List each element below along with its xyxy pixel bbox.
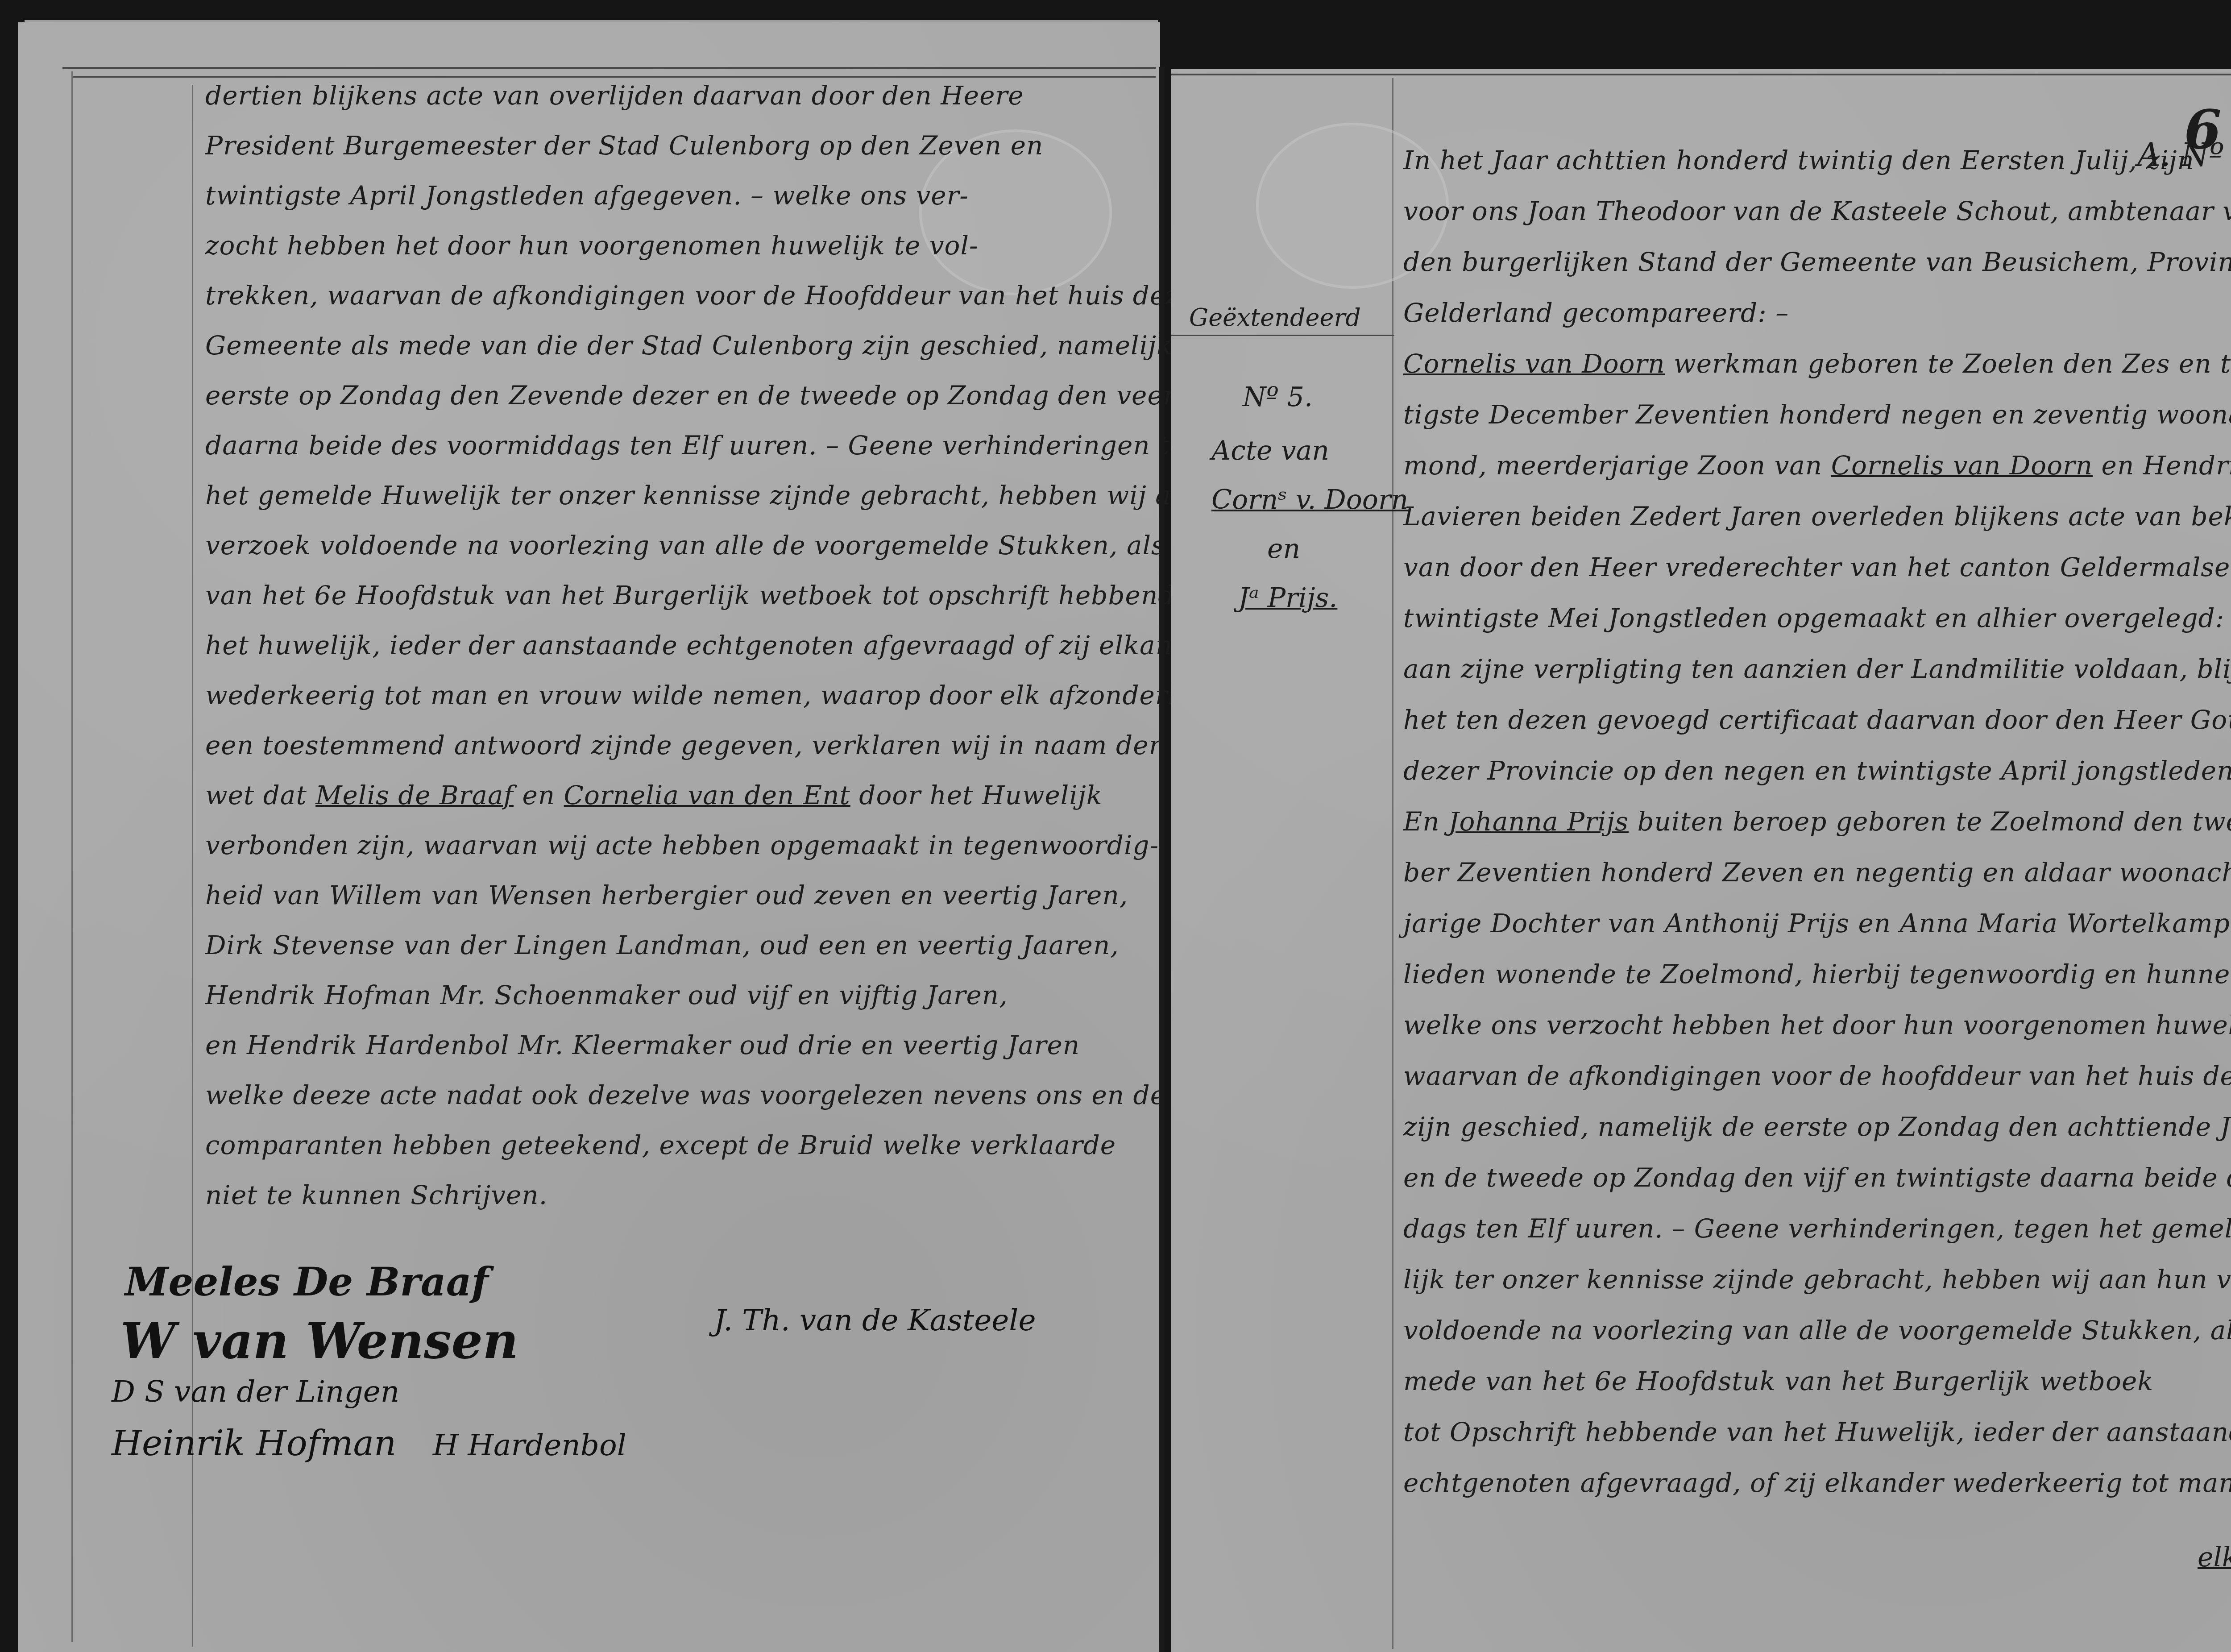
signature-witness-4: H Hardenbol <box>433 1428 626 1462</box>
ruled-margin-line <box>1392 78 1393 1649</box>
signature-witness-3: Heinrik Hofman <box>112 1424 396 1464</box>
text-line: twintigste April Jongstleden afgegeven. … <box>205 180 969 211</box>
signature-witness-2: D S van der Lingen <box>112 1374 399 1409</box>
act-groom-short: Cornˢ v. Doorn <box>1211 484 1408 515</box>
ruled-margin-line <box>71 71 73 1642</box>
text-line: het gemelde Huwelijk ter onzer kennisse … <box>205 480 1264 511</box>
text-line: heid van Willem van Wensen herbergier ou… <box>205 880 1128 910</box>
text-line: lieden wonende te Zoelmond, hierbij tege… <box>1403 959 2231 989</box>
text-line: trekken, waarvan de afkondigingen voor d… <box>205 280 1208 311</box>
text-line: en de tweede op Zondag den vijf en twint… <box>1403 1162 2231 1193</box>
text-line: wet dat Melis de Braaf en Cornelia van d… <box>205 780 1103 810</box>
text-line: het ten dezen gevoegd certificaat daarva… <box>1403 705 2231 735</box>
text-line: daarna beide des voormiddags ten Elf uur… <box>205 430 1236 461</box>
text-line: echtgenoten afgevraagd, of zij elkander … <box>1403 1468 2231 1498</box>
text-line: Lavieren beiden Zedert Jaren overleden b… <box>1403 501 2231 531</box>
text-line: zijn geschied, namelijk de eerste op Zon… <box>1403 1112 2231 1142</box>
left-page: dertien blijkens acte van overlijden daa… <box>18 22 1160 1652</box>
text-line: den burgerlijken Stand der Gemeente van … <box>1403 247 2231 277</box>
ruled-border-line <box>62 67 1156 69</box>
text-line: dags ten Elf uuren. – Geene verhindering… <box>1403 1213 2231 1244</box>
text-line: verbonden zijn, waarvan wij acte hebben … <box>205 830 1159 860</box>
text-line: Gelderland gecompareerd: – <box>1403 298 1789 328</box>
act-conjunction: en <box>1267 533 1300 565</box>
signature-official: J. Th. van de Kasteele <box>714 1303 1036 1337</box>
text-line: en Hendrik Hardenbol Mr. Kleermaker oud … <box>205 1030 1080 1060</box>
text-line: twintigste Mei Jongstleden opgemaakt en … <box>1403 603 2231 633</box>
catchword: elk <box>2198 1542 2231 1573</box>
text-line: aan zijne verpligting ten aanzien der La… <box>1403 654 2231 684</box>
text-line: lijk ter onzer kennisse zijnde gebracht,… <box>1403 1264 2231 1295</box>
text-line: waarvan de afkondigingen voor de hoofdde… <box>1403 1061 2231 1091</box>
book-spine <box>1159 67 1165 1652</box>
text-line: dertien blijkens acte van overlijden daa… <box>205 80 1024 111</box>
ruled-margin-line <box>192 85 193 1647</box>
text-line: het huwelijk, ieder der aanstaande echtg… <box>205 630 1218 660</box>
text-line: van door den Heer vrederechter van het c… <box>1403 552 2231 582</box>
text-line: mede van het 6e Hoofdstuk van het Burger… <box>1403 1366 2153 1396</box>
right-page: 6 A. Nº 11 Geëxtendeerd Nº 5. Acte van C… <box>1171 69 2231 1652</box>
ruled-border-line <box>71 76 1156 78</box>
text-line: voor ons Joan Theodoor van de Kasteele S… <box>1403 196 2231 226</box>
margin-note-extended: Geëxtendeerd <box>1189 303 1361 332</box>
text-line: dezer Provincie op den negen en twintigs… <box>1403 755 2231 786</box>
text-line: voldoende na voorlezing van alle de voor… <box>1403 1315 2231 1345</box>
signature-witness-1: W van Wensen <box>120 1312 518 1370</box>
text-line: mond, meerderjarige Zoon van Cornelis va… <box>1403 450 2231 481</box>
text-line: comparanten hebben geteekend, except de … <box>205 1130 1116 1160</box>
text-line: tigste December Zeventien honderd negen … <box>1403 399 2231 430</box>
text-line: Hendrik Hofman Mr. Schoenmaker oud vijf … <box>205 980 1008 1010</box>
text-line: niet te kunnen Schrijven. <box>205 1180 547 1210</box>
text-line: ber Zeventien honderd Zeven en negentig … <box>1403 857 2231 888</box>
text-line: welke deeze acte nadat ook dezelve was v… <box>205 1080 1166 1110</box>
text-line: van het 6e Hoofdstuk van het Burgerlijk … <box>205 580 1248 610</box>
signature-groom: Meeles De Braaf <box>125 1258 489 1305</box>
text-line: Cornelis van Doorn werkman geboren te Zo… <box>1403 349 2231 379</box>
text-line: Gemeente als mede van die der Stad Culen… <box>205 330 1214 361</box>
text-line: eerste op Zondag den Zevende dezer en de… <box>205 380 1261 411</box>
text-line: verzoek voldoende na voorlezing van alle… <box>205 530 1247 560</box>
text-line: een toestemmend antwoord zijnde gegeven,… <box>205 730 1161 760</box>
ruled-border-line <box>1171 74 2231 75</box>
act-number: Nº 5. <box>1243 382 1313 413</box>
text-line: En Johanna Prijs buiten beroep geboren t… <box>1403 806 2231 837</box>
act-bride-short: Jᵃ Prijs. <box>1238 582 1337 614</box>
text-line: President Burgemeester der Stad Culenbor… <box>205 130 1043 161</box>
text-line: wederkeerig tot man en vrouw wilde nemen… <box>205 680 1210 710</box>
text-line: Dirk Stevense van der Lingen Landman, ou… <box>205 930 1119 960</box>
text-line: jarige Dochter van Anthonij Prijs en Ann… <box>1403 908 2231 938</box>
text-line: zocht hebben het door hun voorgenomen hu… <box>205 230 979 261</box>
text-line: tot Opschrift hebbende van het Huwelijk,… <box>1403 1417 2231 1447</box>
text-line: In het Jaar achttien honderd twintig den… <box>1403 145 2194 175</box>
text-line: welke ons verzocht hebben het door hun v… <box>1403 1010 2231 1040</box>
margin-divider <box>1171 335 1394 336</box>
act-title: Acte van <box>1211 435 1329 466</box>
